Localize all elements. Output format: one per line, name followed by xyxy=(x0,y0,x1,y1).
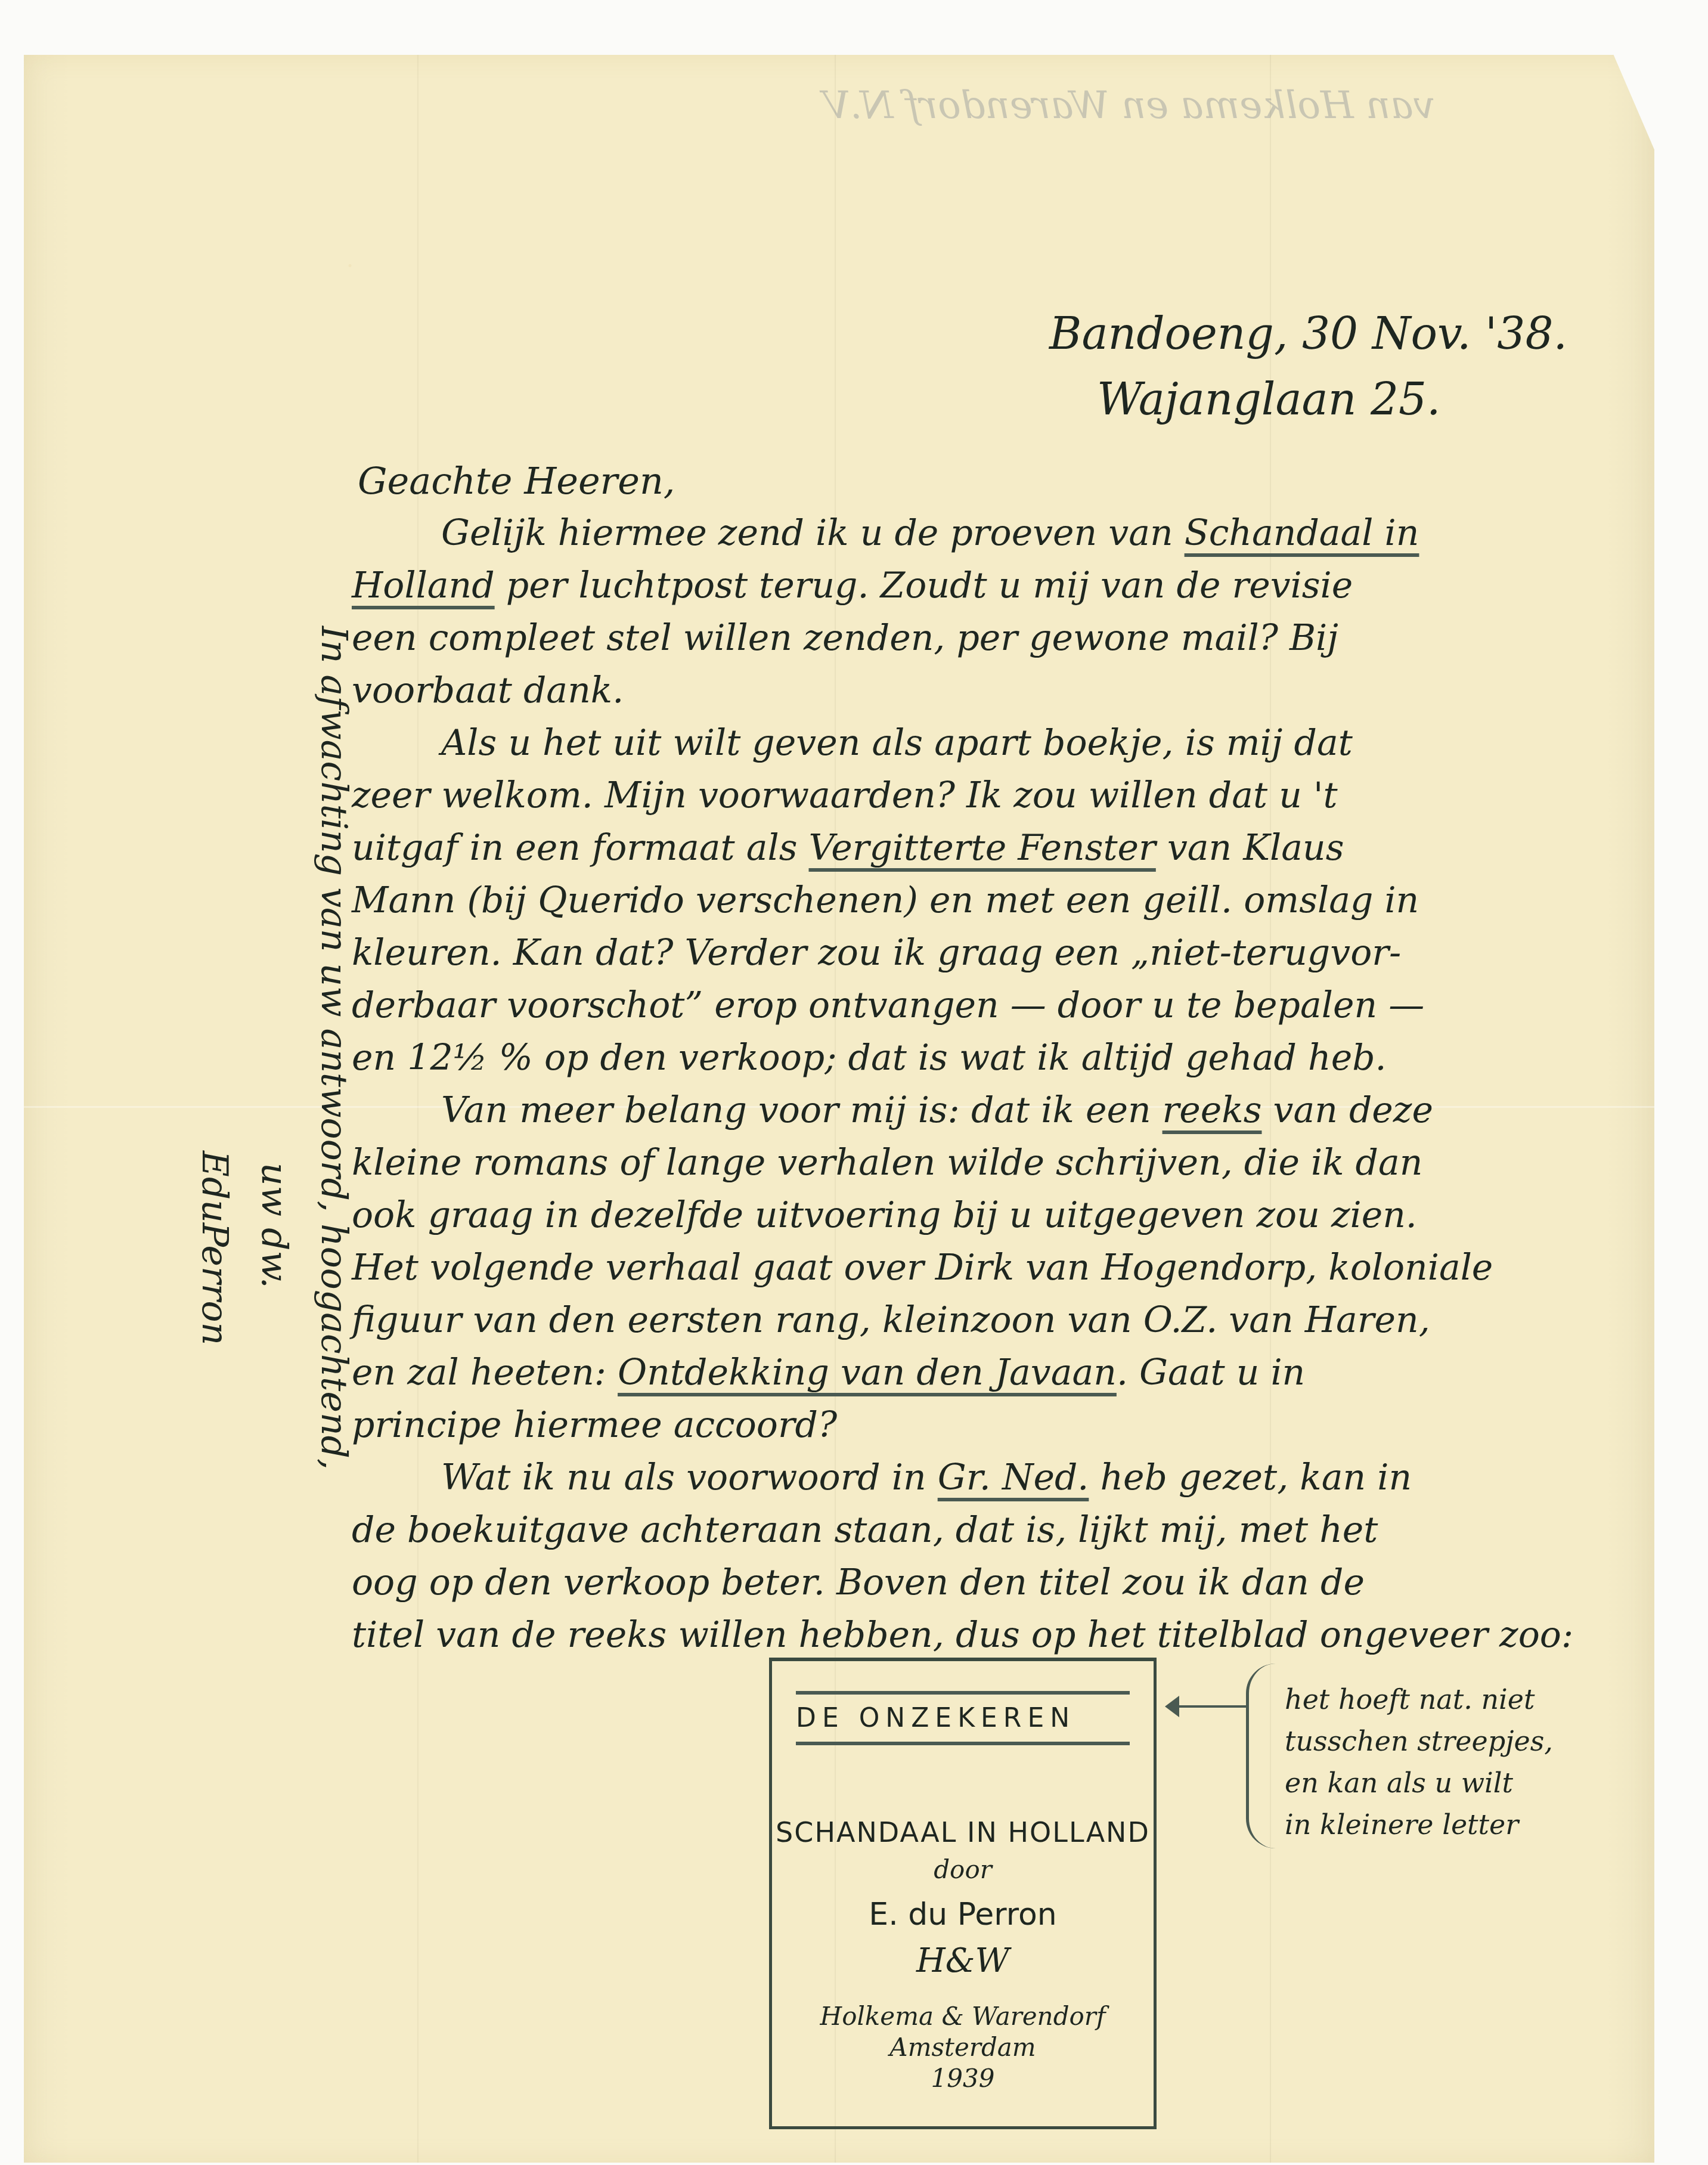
note-line: in kleinere letter xyxy=(1285,1804,1553,1845)
text-run: Mann (bij Querido verschenen) en met een… xyxy=(352,879,1419,921)
place-date: Bandoeng, 30 Nov. '38. xyxy=(1049,301,1567,367)
paragraph: Als u het uit wilt geven als apart boekj… xyxy=(352,717,1604,1084)
underlined-title: Ontdekking van den Javaan xyxy=(618,1352,1117,1393)
text-line: titel van de reeks willen hebben, dus op… xyxy=(352,1609,1604,1661)
text-line: voorbaat dank. xyxy=(352,664,1604,717)
text-run: per luchtpost terug. Zoudt u mij van de … xyxy=(495,565,1353,606)
publisher-block: Holkema & Warendorf Amsterdam 1939 xyxy=(772,2001,1154,2094)
text-line: oog op den verkoop beter. Boven den tite… xyxy=(352,1556,1604,1609)
text-line: kleine romans of lange verhalen wilde sc… xyxy=(352,1136,1604,1189)
publisher-city: Amsterdam xyxy=(772,2032,1154,2063)
author-name: E. du Perron xyxy=(772,1897,1154,1932)
closing-line: uw dw. xyxy=(244,626,304,1759)
publication-year: 1939 xyxy=(772,2063,1154,2094)
by-label: door xyxy=(772,1855,1154,1884)
margin-note: het hoeft nat. niettusschen streepjes,en… xyxy=(1285,1678,1553,1845)
text-run: zeer welkom. Mijn voorwaarden? Ik zou wi… xyxy=(352,775,1338,816)
text-line: uitgaf in een formaat als Vergitterte Fe… xyxy=(352,822,1604,874)
text-line: de boekuitgave achteraan staan, dat is, … xyxy=(352,1504,1604,1556)
text-line: derbaar voorschot” erop ontvangen — door… xyxy=(352,979,1604,1032)
publisher-mark-icon: H&W xyxy=(772,1941,1154,1980)
signature: EduPerron xyxy=(185,626,244,1759)
text-line: ook graag in dezelfde uitvoering bij u u… xyxy=(352,1189,1604,1241)
text-line: Het volgende verhaal gaat over Dirk van … xyxy=(352,1241,1604,1294)
text-run: principe hiermee accoord? xyxy=(352,1404,837,1446)
text-run: Gelijk hiermee zend ik u de proeven van xyxy=(441,512,1185,554)
text-run: kleine romans of lange verhalen wilde sc… xyxy=(352,1142,1422,1184)
letter-header: Bandoeng, 30 Nov. '38. Wajanglaan 25. xyxy=(1049,301,1567,432)
closing-line: In afwachting van uw antwoord, hoogachte… xyxy=(304,626,364,1759)
underlined-title: Vergitterte Fenster xyxy=(809,827,1156,869)
underlined-title: Schandaal in xyxy=(1185,512,1419,554)
paragraph: Gelijk hiermee zend ik u de proeven van … xyxy=(352,507,1604,717)
paragraph: Van meer belang voor mij is: dat ik een … xyxy=(352,1084,1604,1451)
text-run: Als u het uit wilt geven als apart boekj… xyxy=(441,722,1353,764)
text-line: principe hiermee accoord? xyxy=(352,1399,1604,1451)
text-run: kleuren. Kan dat? Verder zou ik graag ee… xyxy=(352,932,1401,974)
text-line: zeer welkom. Mijn voorwaarden? Ik zou wi… xyxy=(352,769,1604,822)
publisher-name: Holkema & Warendorf xyxy=(772,2001,1154,2032)
text-line: een compleet stel willen zenden, per gew… xyxy=(352,612,1604,664)
note-line: het hoeft nat. niet xyxy=(1285,1678,1553,1720)
text-run: voorbaat dank. xyxy=(352,670,624,711)
paragraph: Wat ik nu als voorwoord in Gr. Ned. heb … xyxy=(352,1451,1604,1661)
text-run: titel van de reeks willen hebben, dus op… xyxy=(352,1614,1573,1656)
salutation: Geachte Heeren, xyxy=(358,459,675,503)
text-run: de boekuitgave achteraan staan, dat is, … xyxy=(352,1509,1378,1551)
text-run: van deze xyxy=(1261,1089,1433,1131)
text-run: Het volgende verhaal gaat over Dirk van … xyxy=(352,1247,1493,1289)
book-title: SCHANDAAL IN HOLLAND xyxy=(772,1816,1154,1848)
text-line: kleuren. Kan dat? Verder zou ik graag ee… xyxy=(352,927,1604,979)
underlined-title: reeks xyxy=(1163,1089,1262,1131)
text-run: uitgaf in een formaat als xyxy=(352,827,809,869)
series-title: DE ONZEKEREN xyxy=(796,1691,1130,1745)
note-line: en kan als u wilt xyxy=(1285,1762,1553,1804)
text-line: figuur van den eersten rang, kleinzoon v… xyxy=(352,1294,1604,1346)
text-line: Gelijk hiermee zend ik u de proeven van … xyxy=(352,507,1604,559)
text-run: ook graag in dezelfde uitvoering bij u u… xyxy=(352,1194,1417,1236)
text-run: en zal heeten: xyxy=(352,1352,618,1393)
text-line: en zal heeten: Ontdekking van den Javaan… xyxy=(352,1346,1604,1399)
letter-body: Gelijk hiermee zend ik u de proeven van … xyxy=(352,507,1604,1661)
text-line: Van meer belang voor mij is: dat ik een … xyxy=(352,1084,1604,1136)
brace-icon xyxy=(1246,1664,1279,1848)
arrow-left-icon xyxy=(1168,1705,1246,1708)
underlined-title: Holland xyxy=(352,565,495,606)
underlined-title: Gr. Ned. xyxy=(938,1457,1089,1498)
text-line: Wat ik nu als voorwoord in Gr. Ned. heb … xyxy=(352,1451,1604,1504)
text-run: . Gaat u in xyxy=(1117,1352,1305,1393)
text-run: Van meer belang voor mij is: dat ik een xyxy=(441,1089,1163,1131)
text-run: derbaar voorschot” erop ontvangen — door… xyxy=(352,984,1424,1026)
note-line: tusschen streepjes, xyxy=(1285,1720,1553,1762)
text-run: en 12½ % op den verkoop; dat is wat ik a… xyxy=(352,1037,1387,1079)
text-line: Als u het uit wilt geven als apart boekj… xyxy=(352,717,1604,769)
text-line: Holland per luchtpost terug. Zoudt u mij… xyxy=(352,559,1604,612)
text-line: Mann (bij Querido verschenen) en met een… xyxy=(352,874,1604,927)
text-run: heb gezet, kan in xyxy=(1089,1457,1412,1498)
text-run: oog op den verkoop beter. Boven den tite… xyxy=(352,1562,1365,1603)
text-line: en 12½ % op den verkoop; dat is wat ik a… xyxy=(352,1032,1604,1084)
title-page-sketch: DE ONZEKEREN SCHANDAAL IN HOLLAND door E… xyxy=(769,1658,1157,2129)
closing-sideways: In afwachting van uw antwoord, hoogachte… xyxy=(185,626,364,1759)
address: Wajanglaan 25. xyxy=(1049,367,1567,432)
text-run: Wat ik nu als voorwoord in xyxy=(441,1457,938,1498)
text-run: van Klaus xyxy=(1156,827,1344,869)
text-run: een compleet stel willen zenden, per gew… xyxy=(352,617,1338,659)
bleed-through-text: van Holkema en Warendorf N.V xyxy=(823,83,1435,128)
text-run: figuur van den eersten rang, kleinzoon v… xyxy=(352,1299,1430,1341)
